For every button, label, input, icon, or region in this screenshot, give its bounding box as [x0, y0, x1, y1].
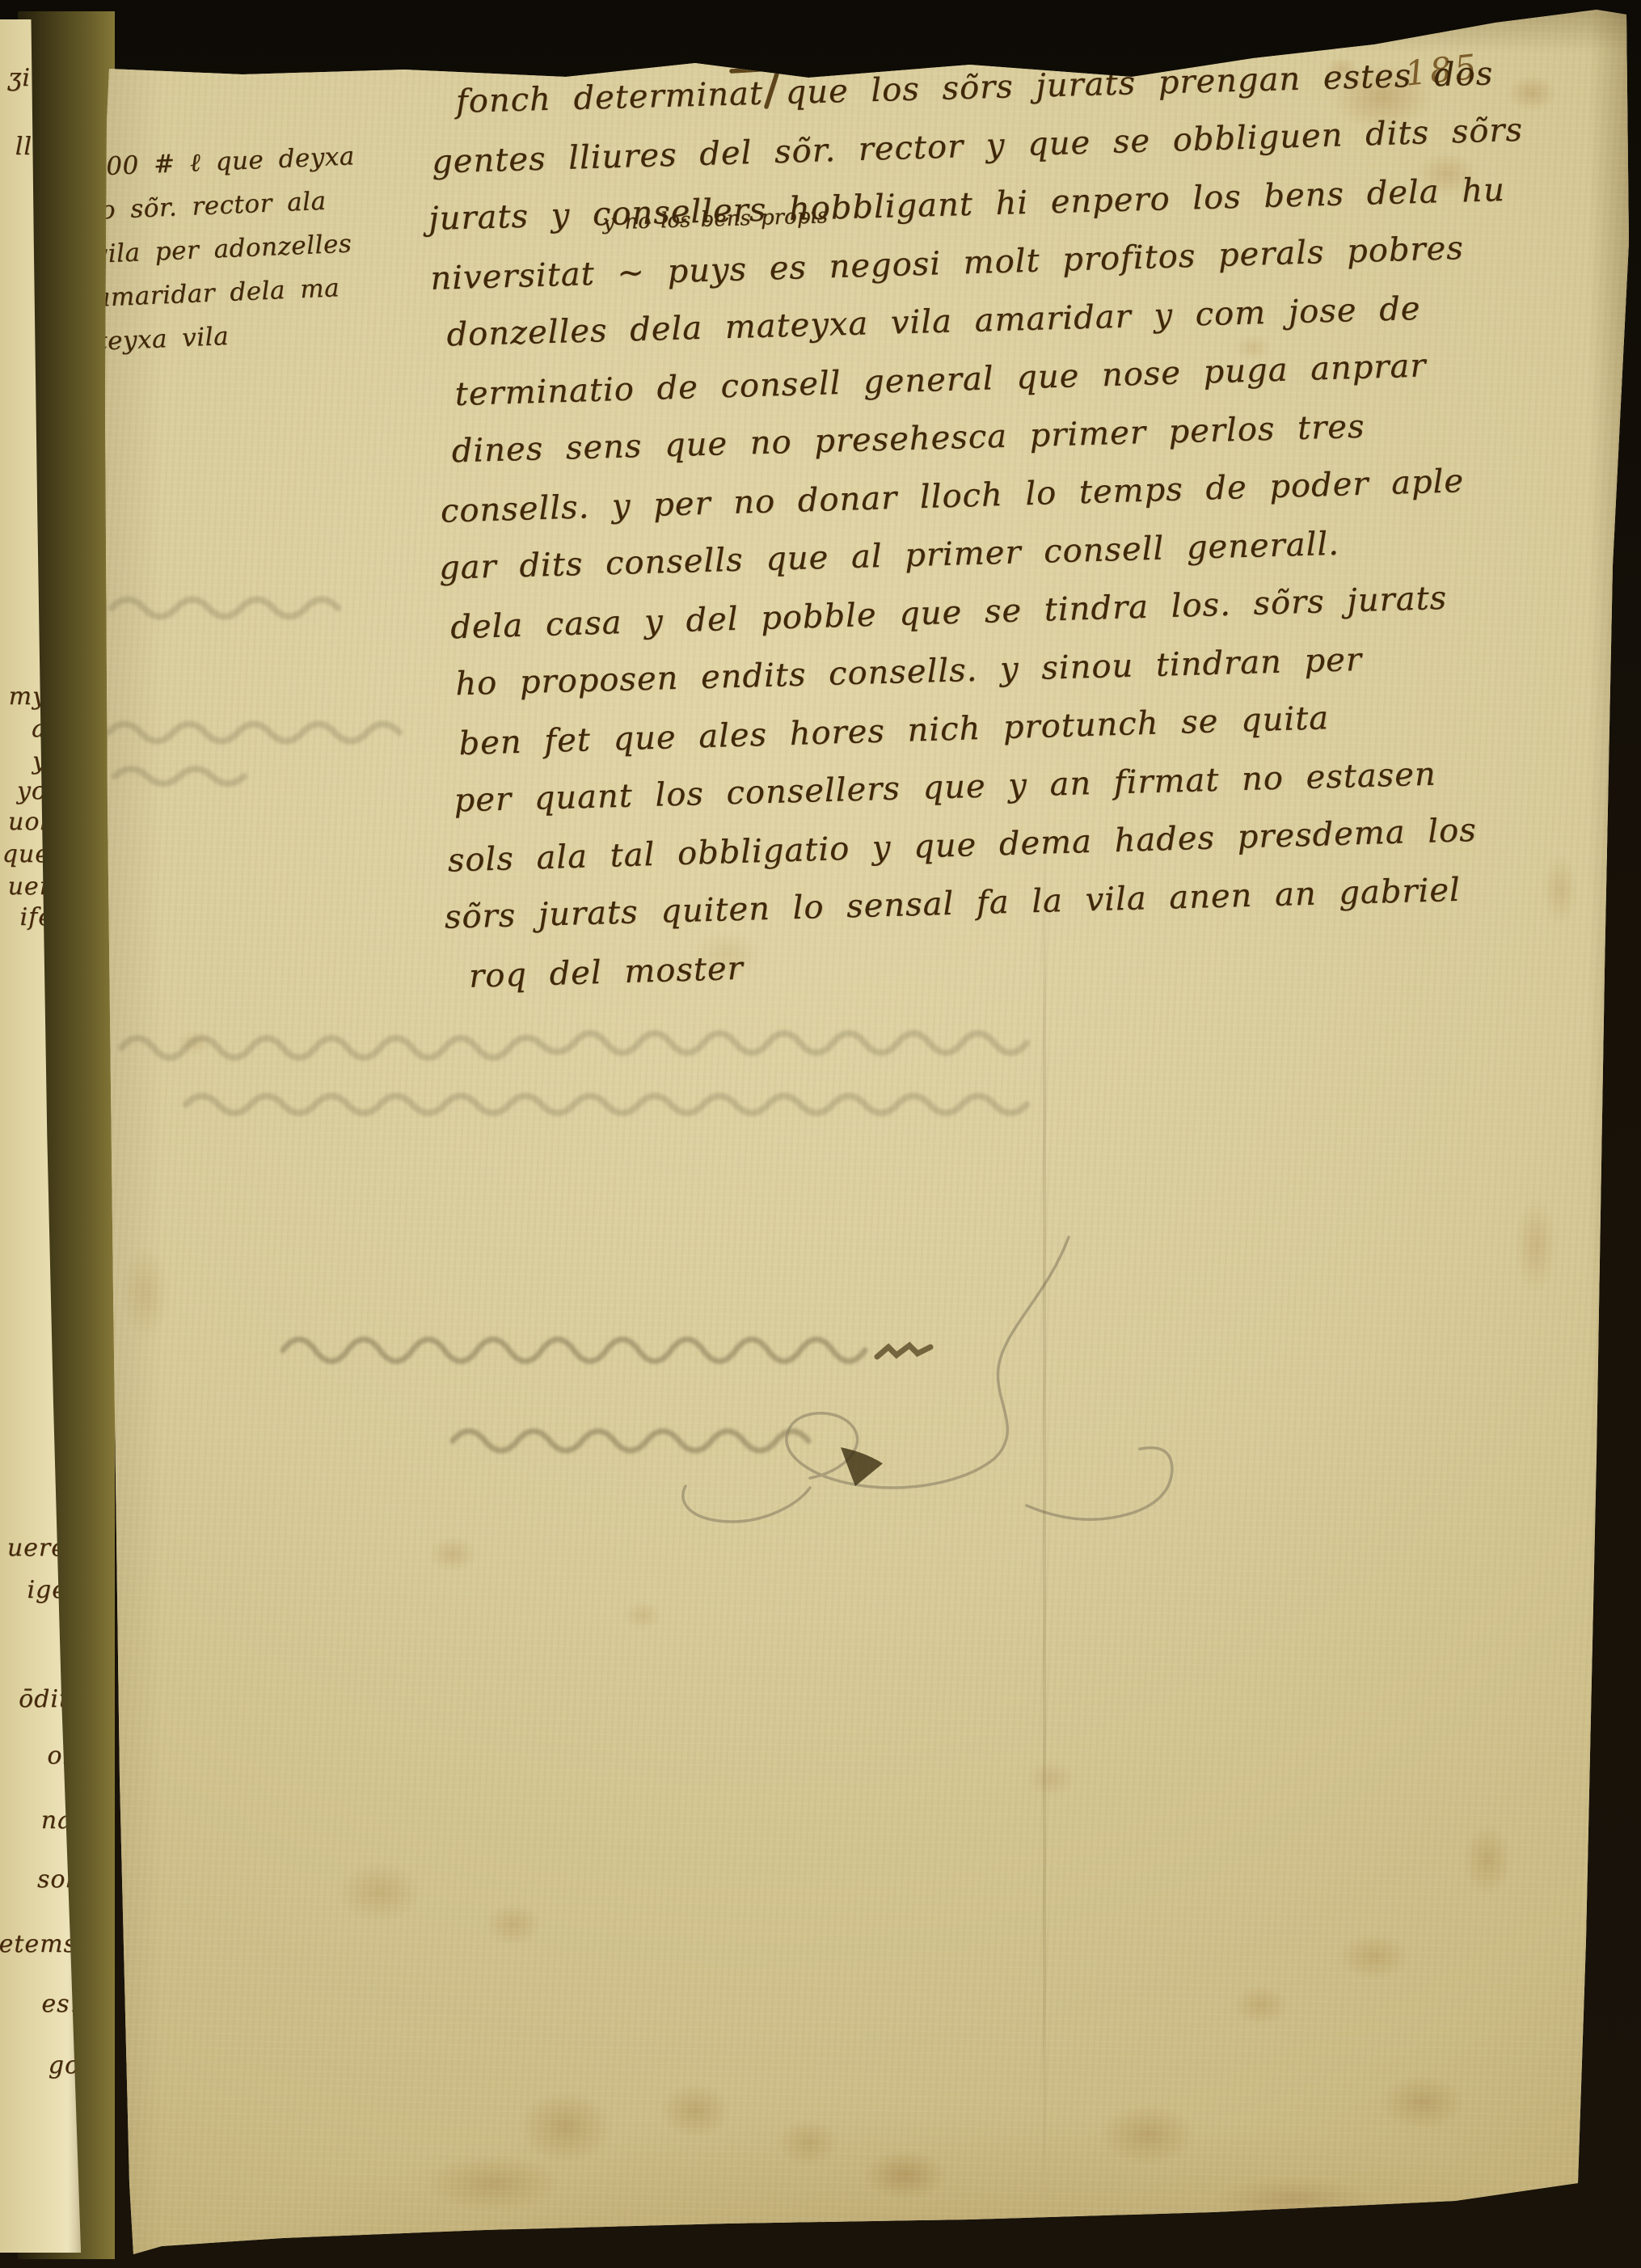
page-fragment: ʒi	[7, 64, 31, 92]
main-text-block: fonch determinat que los sõrs jurats pre…	[424, 40, 1641, 1006]
interlinear-note: y no los bens propis	[602, 205, 828, 233]
paper-crease	[1043, 800, 1046, 2224]
page-fragment: etems	[0, 1930, 77, 1958]
ink-blot	[841, 1345, 930, 1486]
page-fragment: ll	[15, 133, 32, 161]
manuscript-page: 185 200 # ℓ que deyxa lo sõr. rector ala…	[40, 8, 1637, 2264]
manuscript-scan: ʒi ll my a y yo uol que uer ife uere ige…	[0, 0, 1641, 2268]
margin-note: 200 # ℓ que deyxa lo sõr. rector ala vil…	[89, 130, 470, 364]
verso-show-through	[283, 1340, 865, 1451]
pencil-s-mark	[683, 1237, 1172, 1522]
scan-background: { "document": { "kind": "handwritten man…	[0, 0, 1641, 2268]
